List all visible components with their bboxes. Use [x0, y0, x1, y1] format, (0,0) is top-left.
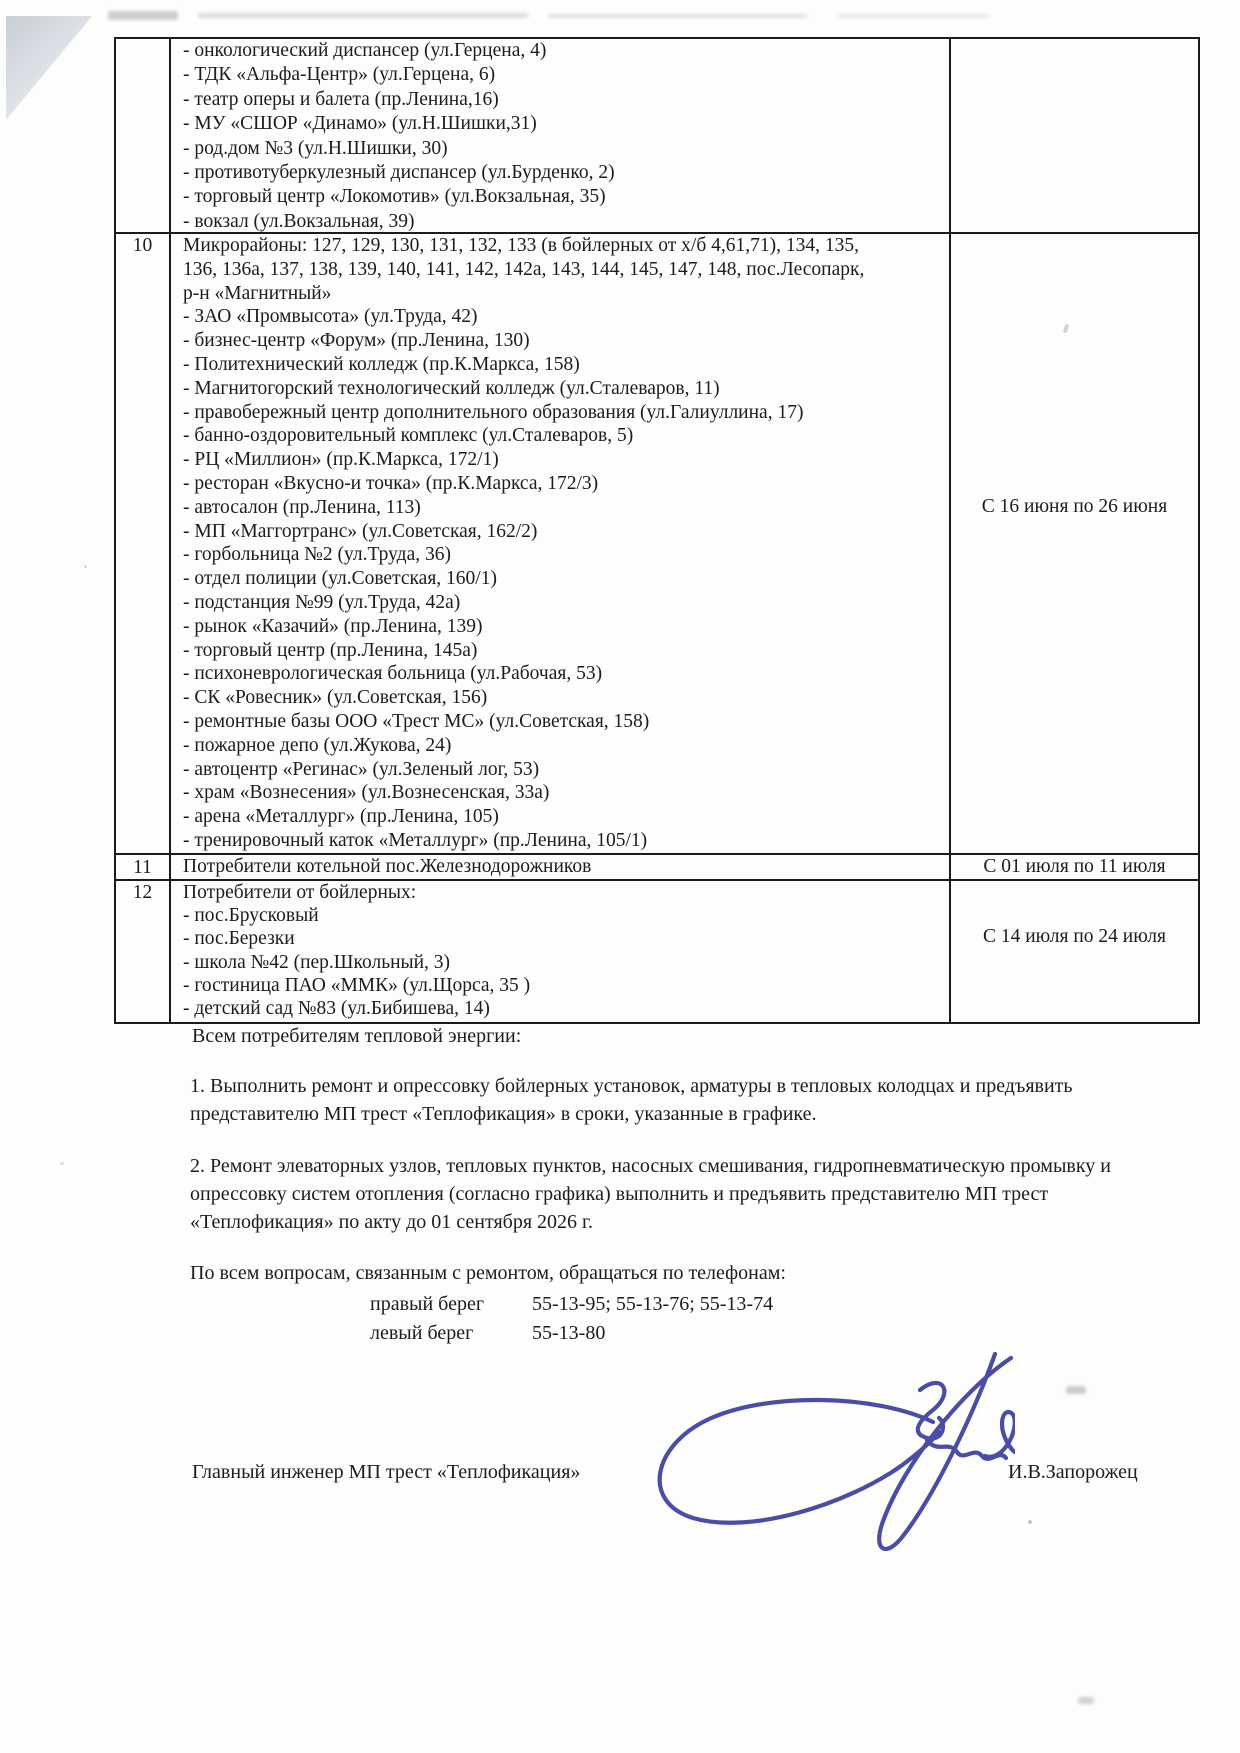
text-line: - пожарное депо (ул.Жукова, 24): [183, 734, 939, 758]
text-line: - тренировочный каток «Металлург» (пр.Ле…: [183, 829, 939, 853]
table-row: - онкологический диспансер (ул.Герцена, …: [116, 39, 1198, 234]
repair-schedule-table: - онкологический диспансер (ул.Герцена, …: [114, 37, 1200, 1024]
text-line: - храм «Вознесения» (ул.Вознесенская, 33…: [183, 781, 939, 805]
text-line: - МУ «СШОР «Динамо» (ул.Н.Шишки,31): [183, 112, 939, 136]
text-line: - вокзал (ул.Вокзальная, 39): [183, 210, 939, 234]
text-line: Потребители от бойлерных:: [183, 881, 939, 904]
date-range: С 14 июля по 24 июля: [951, 925, 1198, 949]
text-line: - банно-оздоровительный комплекс (ул.Ста…: [183, 424, 939, 448]
table-row: 10 Микрорайоны: 127, 129, 130, 131, 132,…: [116, 234, 1198, 855]
text-line: - автосалон (пр.Ленина, 113): [183, 496, 939, 520]
text-line: представителю МП трест «Теплофикация» в …: [190, 1100, 1073, 1128]
text-line: - бизнес-центр «Форум» (пр.Ленина, 130): [183, 329, 939, 353]
row-number: 11: [116, 856, 169, 879]
text-line: Потребители котельной пос.Железнодорожни…: [183, 855, 939, 878]
text-line: - горбольница №2 (ул.Труда, 36): [183, 543, 939, 567]
row-number-cell: 12: [116, 881, 171, 1022]
phone-label: левый берег: [370, 1319, 473, 1347]
row-number-cell: [116, 39, 171, 232]
text-line: - пос.Брусковый: [183, 904, 939, 927]
notice-paragraph-1: 1. Выполнить ремонт и опрессовку бойлерн…: [190, 1072, 1073, 1128]
scan-speck: [84, 565, 87, 568]
consumers-cell: Потребители от бойлерных:- пос.Брусковый…: [171, 881, 951, 1022]
date-range: С 16 июня по 26 июня: [951, 495, 1198, 519]
scan-smudge-artifact: [108, 5, 1108, 23]
date-range: С 01 июля по 11 июля: [951, 856, 1198, 878]
text-line: - театр оперы и балета (пр.Ленина,16): [183, 88, 939, 112]
text-line: 136, 136а, 137, 138, 139, 140, 141, 142,…: [183, 258, 939, 282]
table-row: 12 Потребители от бойлерных:- пос.Бруско…: [116, 881, 1198, 1022]
row-number-cell: 10: [116, 234, 171, 853]
handwritten-signature: [615, 1352, 1015, 1587]
text-line: - ТДК «Альфа-Центр» (ул.Герцена, 6): [183, 63, 939, 87]
phones-intro: По всем вопросам, связанным с ремонтом, …: [190, 1262, 786, 1285]
text-line: - род.дом №3 (ул.Н.Шишки, 30): [183, 137, 939, 161]
text-line: - детский сад №83 (ул.Бибишева, 14): [183, 997, 939, 1020]
signature-title: Главный инженер МП трест «Теплофикация»: [192, 1461, 580, 1484]
text-line: - психоневрологическая больница (ул.Рабо…: [183, 662, 939, 686]
text-line: опрессовку систем отопления (согласно гр…: [190, 1180, 1111, 1208]
text-line: 1. Выполнить ремонт и опрессовку бойлерн…: [190, 1072, 1073, 1100]
text-line: - МП «Маггортранс» (ул.Советская, 162/2): [183, 520, 939, 544]
text-line: - пос.Березки: [183, 927, 939, 950]
text-line: - ресторан «Вкусно-и точка» (пр.К.Маркса…: [183, 472, 939, 496]
text-line: - отдел полиции (ул.Советская, 160/1): [183, 567, 939, 591]
text-line: - школа №42 (пер.Школьный, 3): [183, 951, 939, 974]
page-corner-fold-artifact: [6, 16, 92, 120]
phone-label: правый берег: [370, 1290, 484, 1318]
text-line: - торговый центр (пр.Ленина, 145а): [183, 639, 939, 663]
text-line: - противотуберкулезный диспансер (ул.Бур…: [183, 161, 939, 185]
text-line: - арена «Металлург» (пр.Ленина, 105): [183, 805, 939, 829]
row-number: 10: [116, 234, 169, 258]
date-range-cell: С 01 июля по 11 июля: [951, 855, 1198, 879]
text-line: - торговый центр «Локомотив» (ул.Вокзаль…: [183, 185, 939, 209]
text-line: - СК «Ровесник» (ул.Советская, 156): [183, 686, 939, 710]
text-line: - онкологический диспансер (ул.Герцена, …: [183, 39, 939, 63]
text-line: - подстанция №99 (ул.Труда, 42а): [183, 591, 939, 615]
document-page: - онкологический диспансер (ул.Герцена, …: [0, 0, 1240, 1753]
scan-speck: [1078, 1697, 1094, 1704]
text-line: р-н «Магнитный»: [183, 282, 939, 306]
date-range-cell: [951, 39, 1198, 232]
text-line: Микрорайоны: 127, 129, 130, 131, 132, 13…: [183, 234, 939, 258]
notice-paragraph-2: 2. Ремонт элеваторных узлов, тепловых пу…: [190, 1152, 1111, 1236]
scan-speck: [1066, 1386, 1086, 1394]
text-line: - гостиница ПАО «ММК» (ул.Щорса, 35 ): [183, 974, 939, 997]
phone-numbers: 55-13-80: [532, 1319, 605, 1347]
date-range-cell: С 16 июня по 26 июня: [951, 234, 1198, 853]
text-line: «Теплофикация» по акту до 01 сентября 20…: [190, 1208, 1111, 1236]
signature-name: И.В.Запорожец: [1008, 1461, 1138, 1484]
scan-speck: [60, 1162, 64, 1165]
notice-heading: Всем потребителям тепловой энергии:: [192, 1025, 521, 1048]
consumers-cell: - онкологический диспансер (ул.Герцена, …: [171, 39, 951, 232]
row-number: 12: [116, 881, 169, 904]
text-line: - автоцентр «Регинас» (ул.Зеленый лог, 5…: [183, 758, 939, 782]
text-line: - Политехнический колледж (пр.К.Маркса, …: [183, 353, 939, 377]
text-line: - ремонтные базы ООО «Трест МС» (ул.Сове…: [183, 710, 939, 734]
consumers-cell: Микрорайоны: 127, 129, 130, 131, 132, 13…: [171, 234, 951, 853]
text-line: 2. Ремонт элеваторных узлов, тепловых пу…: [190, 1152, 1111, 1180]
consumers-cell: Потребители котельной пос.Железнодорожни…: [171, 855, 951, 879]
date-range-cell: С 14 июля по 24 июля: [951, 881, 1198, 1022]
text-line: - Магнитогорский технологический колледж…: [183, 377, 939, 401]
text-line: - рынок «Казачий» (пр.Ленина, 139): [183, 615, 939, 639]
text-line: - ЗАО «Промвысота» (ул.Труда, 42): [183, 305, 939, 329]
text-line: - правобережный центр дополнительного об…: [183, 401, 939, 425]
text-line: - РЦ «Миллион» (пр.К.Маркса, 172/1): [183, 448, 939, 472]
scan-speck: [1028, 1520, 1032, 1524]
row-number-cell: 11: [116, 855, 171, 879]
table-row: 11 Потребители котельной пос.Железнодоро…: [116, 854, 1198, 881]
phone-numbers: 55-13-95; 55-13-76; 55-13-74: [532, 1290, 773, 1318]
